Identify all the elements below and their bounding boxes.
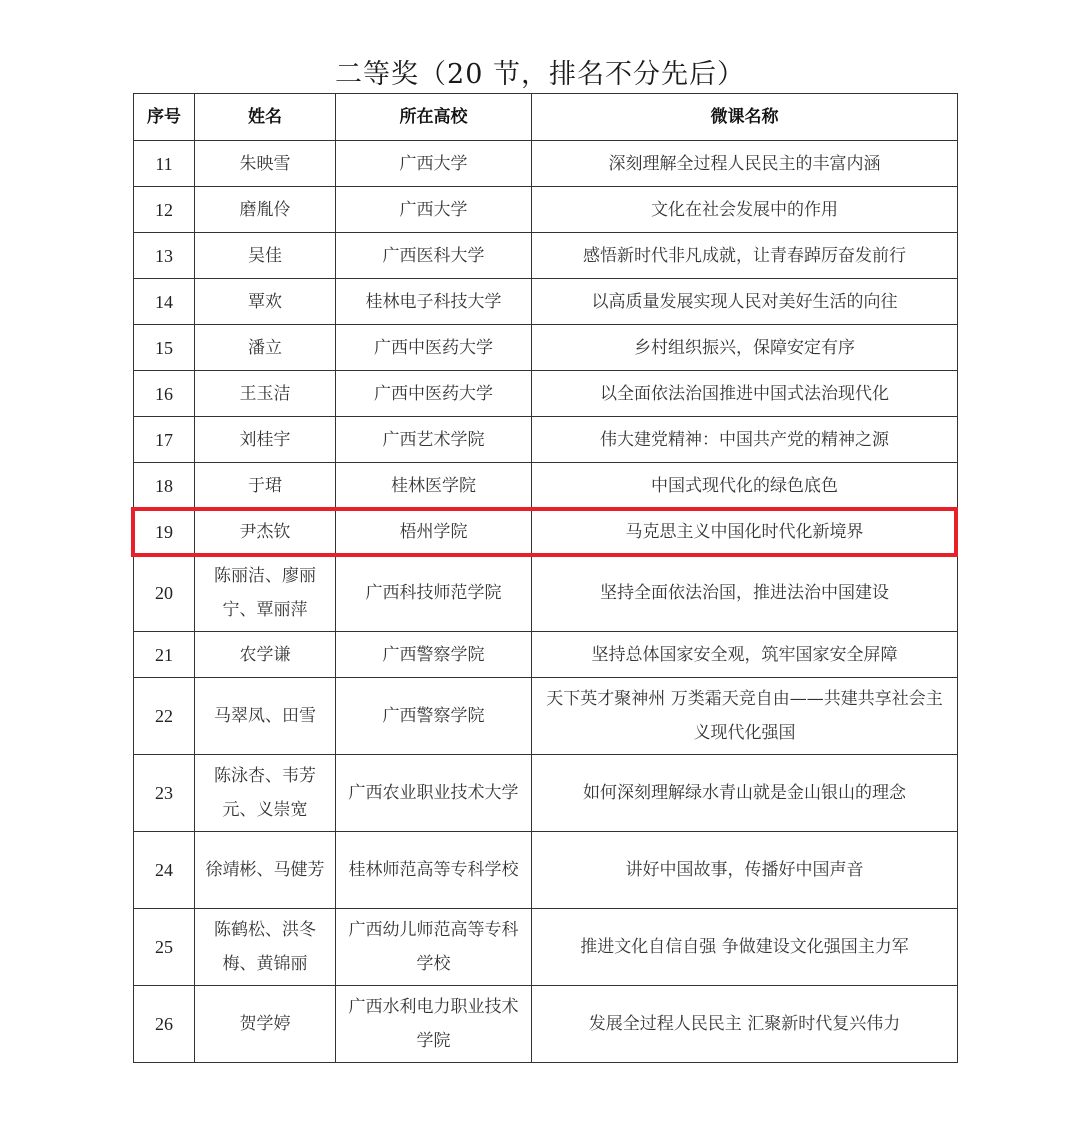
cell-number: 14 — [134, 279, 195, 325]
cell-name: 潘立 — [195, 325, 336, 371]
cell-school: 广西警察学院 — [336, 632, 532, 678]
cell-course: 坚持总体国家安全观，筑牢国家安全屏障 — [532, 632, 958, 678]
awards-table: 序号 姓名 所在高校 微课名称 11 朱映雪 广西大学 深刻理解全过程人民民主的… — [133, 93, 958, 1063]
cell-course: 文化在社会发展中的作用 — [532, 187, 958, 233]
cell-course: 中国式现代化的绿色底色 — [532, 463, 958, 509]
header-number: 序号 — [134, 94, 195, 141]
cell-number: 16 — [134, 371, 195, 417]
cell-school: 广西农业职业技术大学 — [336, 755, 532, 832]
cell-course: 伟大建党精神：中国共产党的精神之源 — [532, 417, 958, 463]
cell-number: 21 — [134, 632, 195, 678]
cell-school: 广西医科大学 — [336, 233, 532, 279]
cell-course: 发展全过程人民民主 汇聚新时代复兴伟力 — [532, 986, 958, 1063]
table-row: 11 朱映雪 广西大学 深刻理解全过程人民民主的丰富内涵 — [134, 141, 958, 187]
cell-course: 讲好中国故事，传播好中国声音 — [532, 832, 958, 909]
header-course: 微课名称 — [532, 94, 958, 141]
table-row: 26 贺学婷 广西水利电力职业技术学院 发展全过程人民民主 汇聚新时代复兴伟力 — [134, 986, 958, 1063]
header-name: 姓名 — [195, 94, 336, 141]
cell-school: 广西艺术学院 — [336, 417, 532, 463]
table-row: 24 徐靖彬、马健芳 桂林师范高等专科学校 讲好中国故事，传播好中国声音 — [134, 832, 958, 909]
cell-school: 广西中医药大学 — [336, 325, 532, 371]
cell-school: 广西幼儿师范高等专科学校 — [336, 909, 532, 986]
cell-school: 广西警察学院 — [336, 678, 532, 755]
cell-number: 18 — [134, 463, 195, 509]
table-row: 25 陈鹤松、洪冬梅、黄锦丽 广西幼儿师范高等专科学校 推进文化自信自强 争做建… — [134, 909, 958, 986]
cell-school: 广西中医药大学 — [336, 371, 532, 417]
table-header-row: 序号 姓名 所在高校 微课名称 — [134, 94, 958, 141]
cell-number: 23 — [134, 755, 195, 832]
cell-name: 陈丽洁、廖丽宁、覃丽萍 — [195, 555, 336, 632]
cell-course: 推进文化自信自强 争做建设文化强国主力军 — [532, 909, 958, 986]
cell-course: 以全面依法治国推进中国式法治现代化 — [532, 371, 958, 417]
cell-school: 广西科技师范学院 — [336, 555, 532, 632]
table-row: 20 陈丽洁、廖丽宁、覃丽萍 广西科技师范学院 坚持全面依法治国，推进法治中国建… — [134, 555, 958, 632]
cell-number: 25 — [134, 909, 195, 986]
header-school: 所在高校 — [336, 94, 532, 141]
cell-school: 梧州学院 — [336, 509, 532, 555]
cell-number: 19 — [134, 509, 195, 555]
cell-course: 天下英才聚神州 万类霜天竞自由——共建共享社会主义现代化强国 — [532, 678, 958, 755]
table-row: 14 覃欢 桂林电子科技大学 以高质量发展实现人民对美好生活的向往 — [134, 279, 958, 325]
cell-course: 以高质量发展实现人民对美好生活的向往 — [532, 279, 958, 325]
table-row: 15 潘立 广西中医药大学 乡村组织振兴，保障安定有序 — [134, 325, 958, 371]
cell-name: 于珺 — [195, 463, 336, 509]
cell-number: 22 — [134, 678, 195, 755]
cell-course: 坚持全面依法治国，推进法治中国建设 — [532, 555, 958, 632]
cell-name: 马翠凤、田雪 — [195, 678, 336, 755]
cell-school: 广西大学 — [336, 141, 532, 187]
cell-name: 覃欢 — [195, 279, 336, 325]
cell-number: 12 — [134, 187, 195, 233]
cell-number: 15 — [134, 325, 195, 371]
cell-name: 刘桂宇 — [195, 417, 336, 463]
table-row: 13 吴佳 广西医科大学 感悟新时代非凡成就，让青春踔厉奋发前行 — [134, 233, 958, 279]
cell-number: 11 — [134, 141, 195, 187]
cell-name: 农学谦 — [195, 632, 336, 678]
cell-name: 吴佳 — [195, 233, 336, 279]
table-row-highlighted: 19 尹杰钦 梧州学院 马克思主义中国化时代化新境界 — [134, 509, 958, 555]
cell-name: 陈泳杏、韦芳元、义崇宽 — [195, 755, 336, 832]
cell-number: 20 — [134, 555, 195, 632]
cell-number: 26 — [134, 986, 195, 1063]
cell-course: 如何深刻理解绿水青山就是金山银山的理念 — [532, 755, 958, 832]
cell-school: 广西水利电力职业技术学院 — [336, 986, 532, 1063]
page-title: 二等奖（20 节，排名不分先后） — [0, 52, 1080, 91]
cell-school: 广西大学 — [336, 187, 532, 233]
cell-name: 贺学婷 — [195, 986, 336, 1063]
cell-course: 马克思主义中国化时代化新境界 — [532, 509, 958, 555]
cell-number: 24 — [134, 832, 195, 909]
cell-number: 13 — [134, 233, 195, 279]
cell-name: 磨胤伶 — [195, 187, 336, 233]
cell-name: 王玉洁 — [195, 371, 336, 417]
table-row: 17 刘桂宇 广西艺术学院 伟大建党精神：中国共产党的精神之源 — [134, 417, 958, 463]
cell-course: 乡村组织振兴，保障安定有序 — [532, 325, 958, 371]
table-row: 18 于珺 桂林医学院 中国式现代化的绿色底色 — [134, 463, 958, 509]
table-row: 21 农学谦 广西警察学院 坚持总体国家安全观，筑牢国家安全屏障 — [134, 632, 958, 678]
cell-name: 朱映雪 — [195, 141, 336, 187]
cell-number: 17 — [134, 417, 195, 463]
table-row: 16 王玉洁 广西中医药大学 以全面依法治国推进中国式法治现代化 — [134, 371, 958, 417]
cell-name: 陈鹤松、洪冬梅、黄锦丽 — [195, 909, 336, 986]
cell-course: 感悟新时代非凡成就，让青春踔厉奋发前行 — [532, 233, 958, 279]
cell-name: 徐靖彬、马健芳 — [195, 832, 336, 909]
cell-school: 桂林电子科技大学 — [336, 279, 532, 325]
cell-school: 桂林医学院 — [336, 463, 532, 509]
cell-name: 尹杰钦 — [195, 509, 336, 555]
cell-course: 深刻理解全过程人民民主的丰富内涵 — [532, 141, 958, 187]
table-row: 23 陈泳杏、韦芳元、义崇宽 广西农业职业技术大学 如何深刻理解绿水青山就是金山… — [134, 755, 958, 832]
table-row: 12 磨胤伶 广西大学 文化在社会发展中的作用 — [134, 187, 958, 233]
table-row: 22 马翠凤、田雪 广西警察学院 天下英才聚神州 万类霜天竞自由——共建共享社会… — [134, 678, 958, 755]
cell-school: 桂林师范高等专科学校 — [336, 832, 532, 909]
